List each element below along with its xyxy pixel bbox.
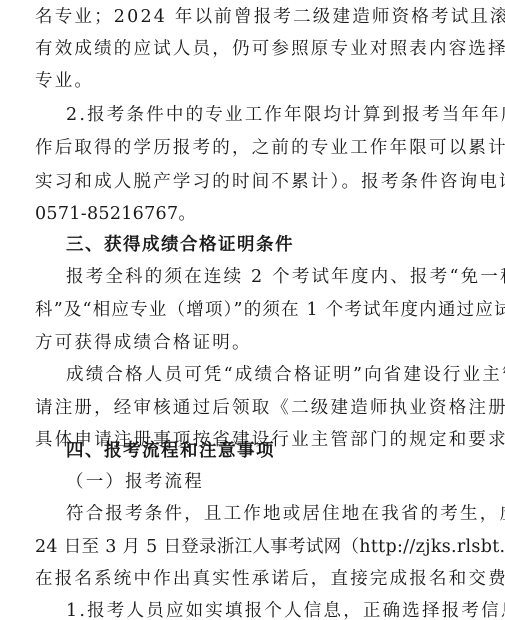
document-page: 名专业；2024 年以前曾报考二级建造师资格考试且滚动期内存在 有效成绩的应试人… <box>0 0 505 620</box>
subsection-heading: （一）报考流程 <box>66 471 505 493</box>
paragraph-line: 1.报考人员应如实填报个人信息，正确选择报考信息，同时上 <box>66 600 505 620</box>
section-heading-4: 四、报考流程和注意事项 <box>66 440 505 462</box>
paragraph-line: 2.报考条件中的专业工作年限均计算到报考当年年底，若以工 <box>66 104 505 126</box>
paragraph-line: 名专业；2024 年以前曾报考二级建造师资格考试且滚动期内存在 <box>35 6 475 28</box>
paragraph-line: 符合报考条件，且工作地或居住地在我省的考生，应于 2 月 <box>66 503 505 525</box>
paragraph-line: 请注册，经审核通过后领取《二级建造师执业资格注册证书》。 <box>35 397 475 419</box>
paragraph-line: 有效成绩的应试人员，仍可参照原专业对照表内容选择允许报名 <box>35 38 475 60</box>
paragraph-line: 在报名系统中作出真实性承诺后，直接完成报名和交费程序。 <box>35 568 475 590</box>
paragraph-line: 成绩合格人员可凭“成绩合格证明”向省建设行业主管部门申 <box>66 364 505 386</box>
paragraph-line: 方可获得成绩合格证明。 <box>35 332 475 354</box>
paragraph-line: 作后取得的学历报考的，之前的专业工作年限可以累计（全日制 <box>35 137 475 159</box>
paragraph-line: 科”及“相应专业（增项）”的须在 1 个考试年度内通过应试科目， <box>35 299 475 321</box>
section-heading-3: 三、获得成绩合格证明条件 <box>66 234 505 256</box>
paragraph-line: 专业。 <box>35 70 475 92</box>
phone-number-line: 0571-85216767。 <box>35 203 475 225</box>
paragraph-line: 报考全科的须在连续 2 个考试年度内、报考“免一科”或“免二 <box>66 266 505 288</box>
url-line: 24 日至 3 月 5 日登录浙江人事考试网（http://zjks.rlsbt… <box>35 536 475 558</box>
paragraph-line: 实习和成人脱产学习的时间不累计）。报考条件咨询电话： <box>35 171 475 193</box>
